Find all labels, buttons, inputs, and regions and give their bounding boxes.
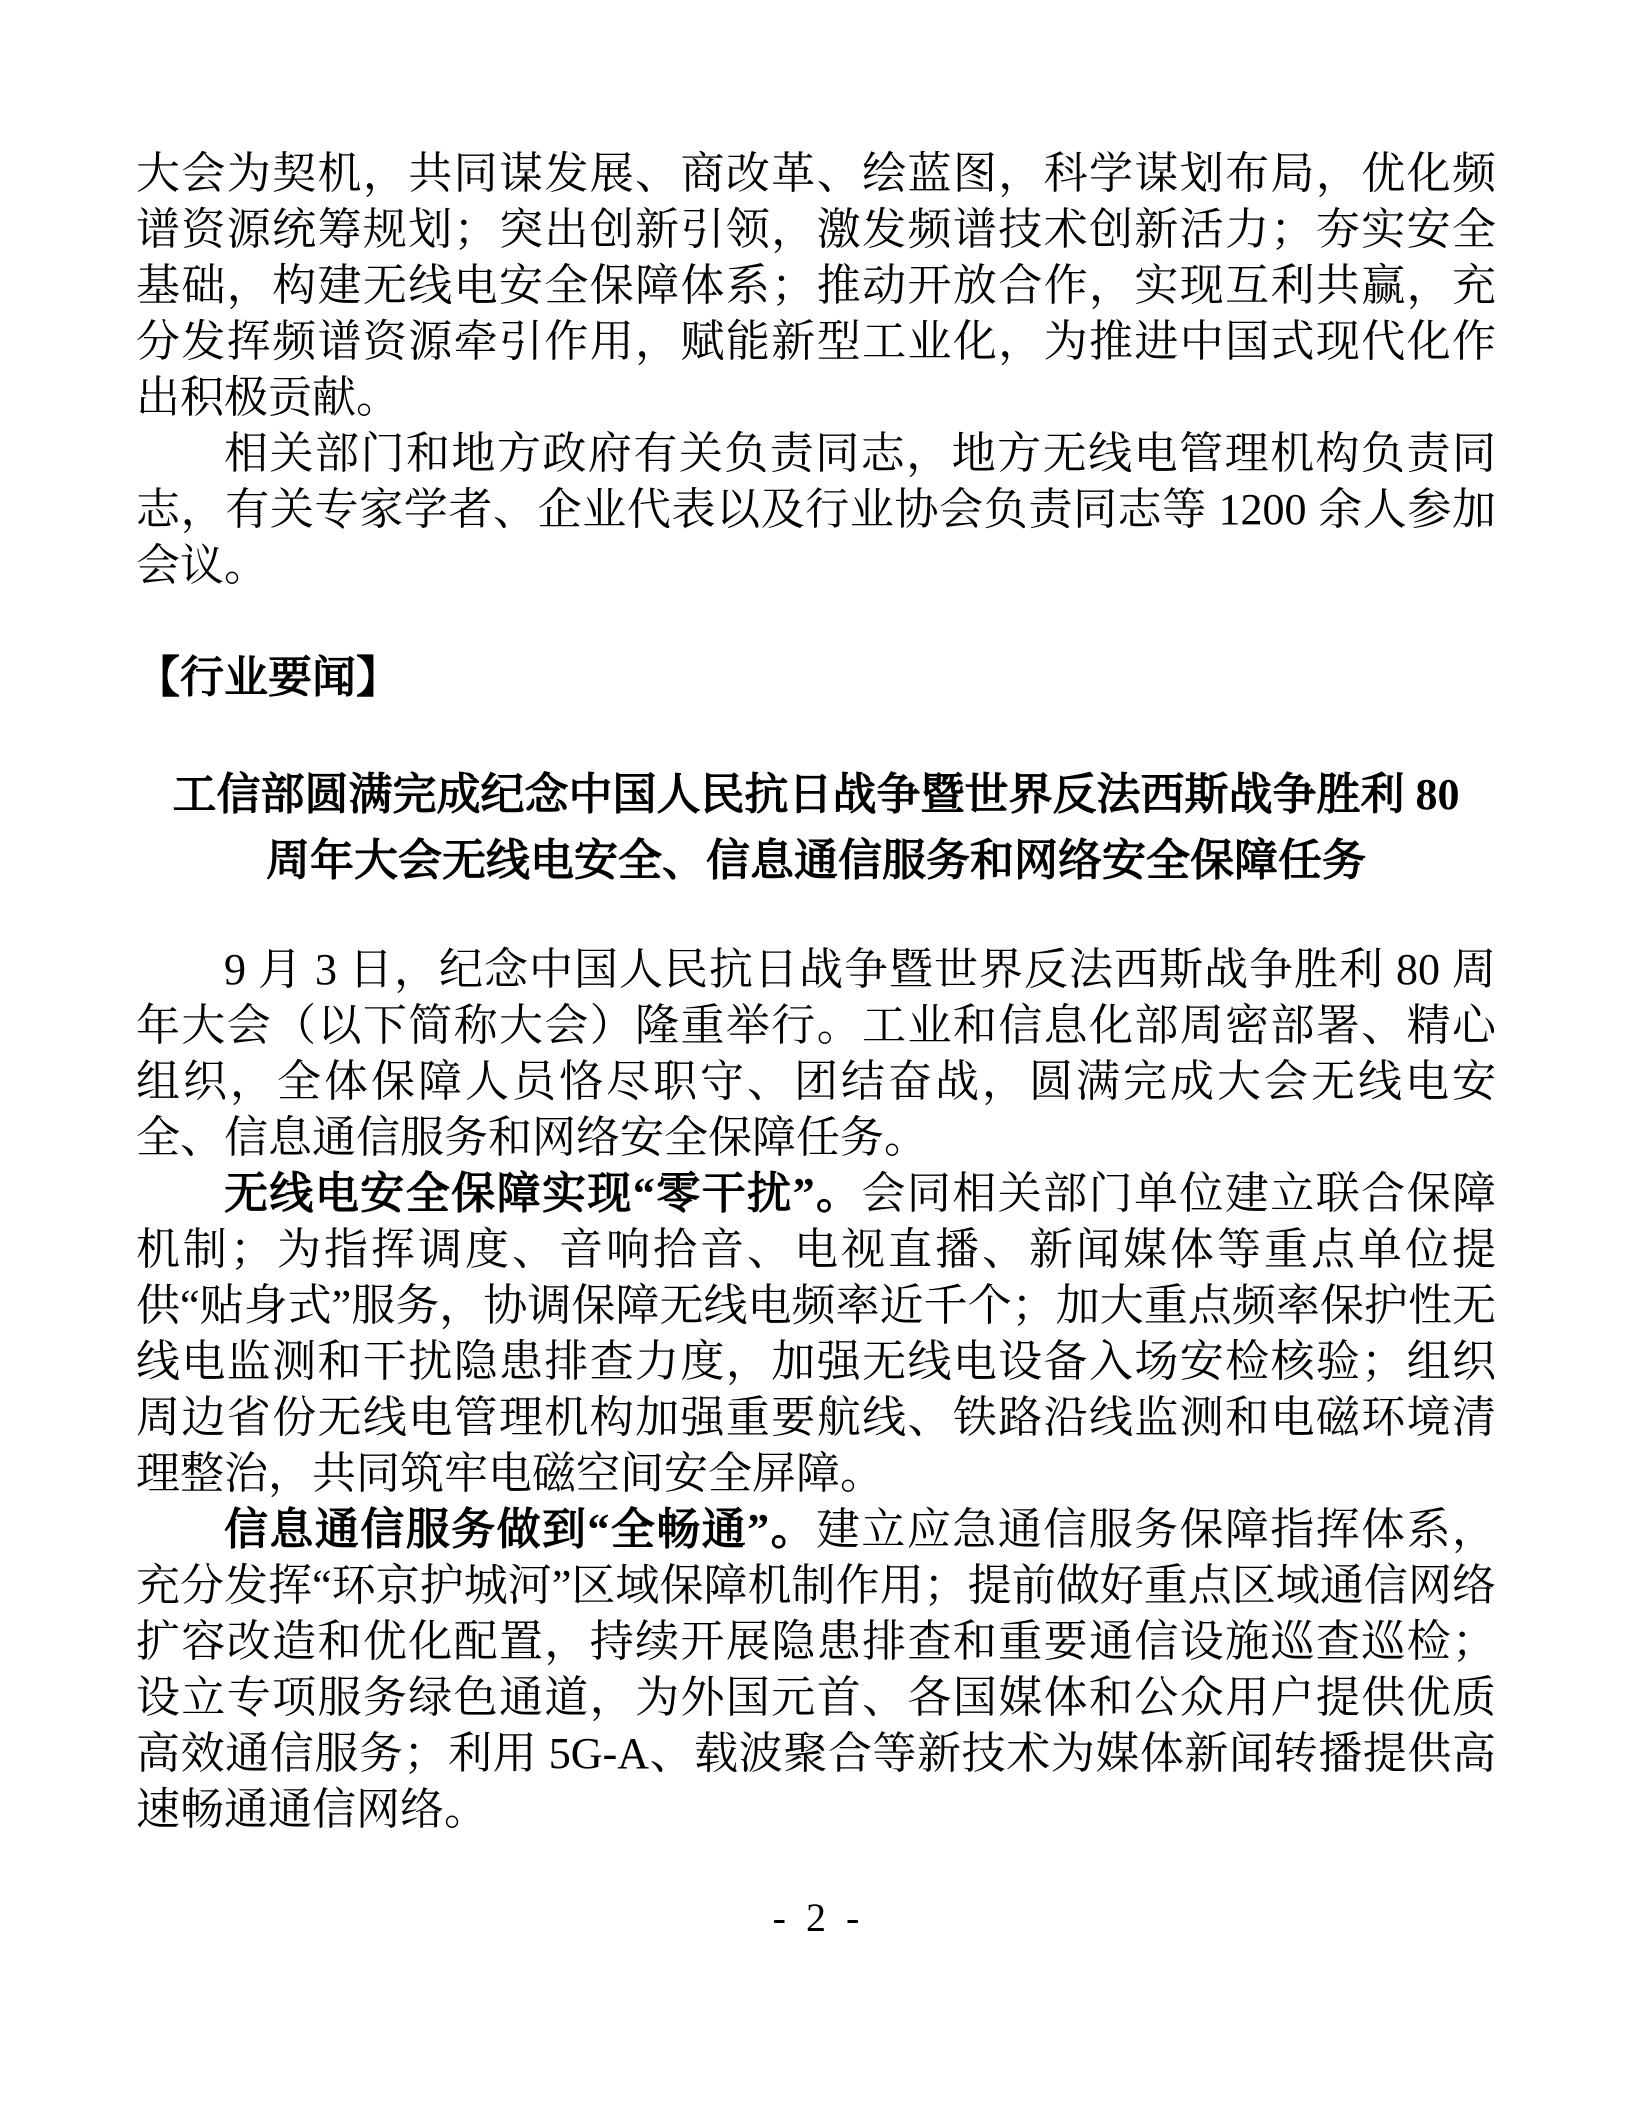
paragraph-telecom-service-body: 建立应急通信服务保障指挥体系，充分发挥“环京护城河”区域保障机制作用；提前做好重…: [136, 1505, 1496, 1834]
article-title: 工信部圆满完成纪念中国人民抗日战争暨世界反法西斯战争胜利 80 周年大会无线电安…: [136, 762, 1496, 894]
document-page: 大会为契机，共同谋发展、商改革、绘蓝图，科学谋划布局，优化频谱资源统筹规划；突出…: [0, 0, 1632, 2112]
article-title-line-2: 周年大会无线电安全、信息通信服务和网络安全保障任务: [136, 828, 1496, 894]
paragraph-telecom-service: 信息通信服务做到“全畅通”。建立应急通信服务保障指挥体系，充分发挥“环京护城河”…: [136, 1502, 1496, 1838]
paragraph-radio-security: 无线电安全保障实现“零干扰”。会同相关部门单位建立联合保障机制；为指挥调度、音响…: [136, 1166, 1496, 1502]
paragraph-attendees: 相关部门和地方政府有关负责同志，地方无线电管理机构负责同志，有关专家学者、企业代…: [136, 426, 1496, 594]
paragraph-telecom-service-lead: 信息通信服务做到“全畅通”。: [224, 1505, 816, 1554]
paragraph-continuation: 大会为契机，共同谋发展、商改革、绘蓝图，科学谋划布局，优化频谱资源统筹规划；突出…: [136, 146, 1496, 426]
article-body: 9 月 3 日，纪念中国人民抗日战争暨世界反法西斯战争胜利 80 周年大会（以下…: [136, 942, 1496, 1838]
paragraph-radio-security-body: 会同相关部门单位建立联合保障机制；为指挥调度、音响拾音、电视直播、新闻媒体等重点…: [136, 1169, 1496, 1498]
page-number: - 2 -: [0, 1896, 1632, 1940]
paragraph-intro: 9 月 3 日，纪念中国人民抗日战争暨世界反法西斯战争胜利 80 周年大会（以下…: [136, 942, 1496, 1166]
article-title-line-1: 工信部圆满完成纪念中国人民抗日战争暨世界反法西斯战争胜利 80: [136, 762, 1496, 828]
page-content: 大会为契机，共同谋发展、商改革、绘蓝图，科学谋划布局，优化频谱资源统筹规划；突出…: [136, 146, 1496, 1838]
section-header-industry-news: 【行业要闻】: [136, 650, 1496, 706]
paragraph-radio-security-lead: 无线电安全保障实现“零干扰”。: [224, 1169, 861, 1218]
